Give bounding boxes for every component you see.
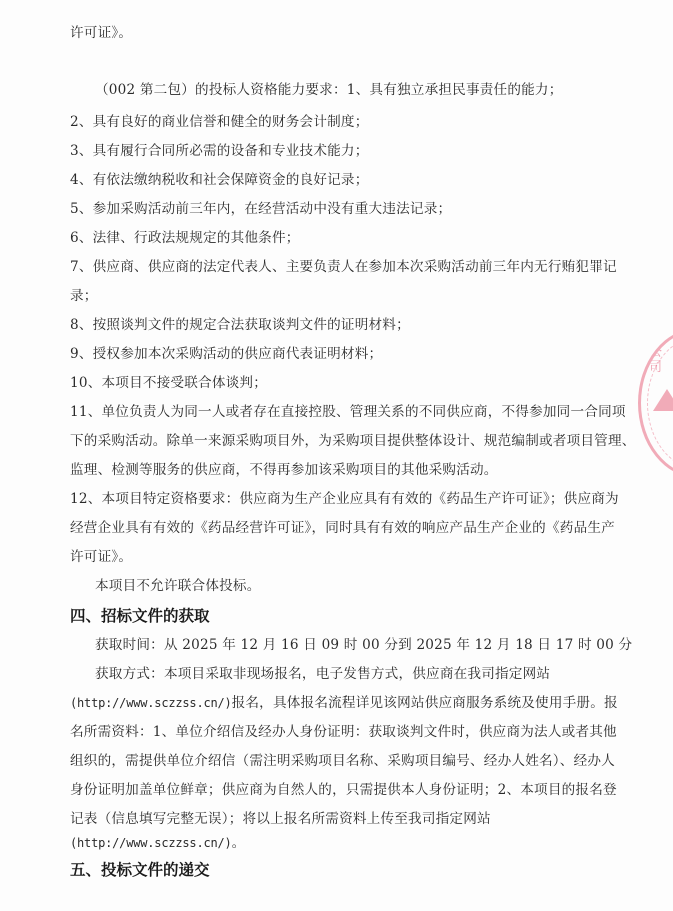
qualification-item-11: 11、单位负责人为同一人或者存在直接控股、管理关系的不同供应商，不得参加同一合同… xyxy=(70,403,626,421)
qualification-item-6: 6、法律、行政法规规定的其他条件； xyxy=(70,229,300,247)
qualification-item-11-cont: 监理、检测等服务的供应商，不得再参加该采购项目的其他采购活动。 xyxy=(70,461,498,479)
acquisition-method-cont: (http://www.sczzss.cn/)报名，具体报名流程详见该网站供应商… xyxy=(70,694,618,712)
acquisition-method-cont: 名所需资料：1、单位介绍信及经办人身份证明：获取谈判文件时，供应商为法人或者其他 xyxy=(70,723,617,741)
qualification-item-4: 4、有依法缴纳税收和社会保障资金的良好记录； xyxy=(70,171,369,189)
qualification-item-5: 5、参加采购活动前三年内，在经营活动中没有重大违法记录； xyxy=(70,200,451,218)
acquisition-time: 获取时间：从 2025 年 12 月 16 日 09 时 00 分到 2025 … xyxy=(95,636,632,654)
website-link[interactable]: (http://www.sczzss.cn/) xyxy=(70,836,232,850)
seal-text: 公司 xyxy=(649,345,669,375)
acquisition-method-cont: 身份证明加盖单位鲜章；供应商为自然人的，只需提供本人身份证明；2、本项目的报名登 xyxy=(70,781,617,799)
consortium-note: 本项目不允许联合体投标。 xyxy=(95,577,261,595)
qualification-item-7: 7、供应商、供应商的法定代表人、主要负责人在参加本次采购活动前三年内无行贿犯罪记 xyxy=(70,258,617,276)
acquisition-method-url-line: (http://www.sczzss.cn/)。 xyxy=(70,834,245,852)
paragraph-line: 许可证》。 xyxy=(70,24,132,42)
qualification-item-2: 2、具有良好的商业信誉和健全的财务会计制度； xyxy=(70,113,369,131)
qualification-item-8: 8、按照谈判文件的规定合法获取谈判文件的证明材料； xyxy=(70,316,410,334)
company-seal-stamp: 公司 xyxy=(638,328,673,478)
qualification-item-12: 12、本项目特定资格要求：供应商为生产企业应具有有效的《药品生产许可证》；供应商… xyxy=(70,490,619,508)
method-text: 报名，具体报名流程详见该网站供应商服务系统及使用手册。报 xyxy=(232,695,618,711)
qualification-item-12-cont: 许可证》。 xyxy=(70,548,132,566)
qualification-item-9: 9、授权参加本次采购活动的供应商代表证明材料； xyxy=(70,345,382,363)
qualification-item-3: 3、具有履行合同所必需的设备和专业技术能力； xyxy=(70,142,369,160)
section-heading-5: 五、投标文件的递交 xyxy=(70,858,210,880)
url-suffix: 。 xyxy=(232,835,246,851)
acquisition-method: 获取方式：本项目采取非现场报名，电子发售方式，供应商在我司指定网站 xyxy=(95,665,550,683)
section-heading-4: 四、招标文件的获取 xyxy=(70,604,210,626)
website-link[interactable]: (http://www.sczzss.cn/) xyxy=(70,696,232,710)
qualification-intro-line: （002 第二包）的投标人资格能力要求：1、具有独立承担民事责任的能力； xyxy=(95,81,563,99)
acquisition-method-cont: 记表（信息填写完整无误）；将以上报名所需资料上传至我司指定网站 xyxy=(70,810,491,828)
seal-star-icon xyxy=(653,389,673,411)
acquisition-method-cont: 组织的，需提供单位介绍信（需注明采购项目名称、采购项目编号、经办人姓名）、经办人 xyxy=(70,752,615,770)
qualification-item-10: 10、本项目不接受联合体谈判； xyxy=(70,374,267,392)
qualification-item-11-cont: 下的采购活动。除单一来源采购项目外，为采购项目提供整体设计、规范编制或者项目管理… xyxy=(70,432,636,450)
qualification-item-12-cont: 经营企业具有有效的《药品经营许可证》，同时具有有效的响应产品生产企业的《药品生产 xyxy=(70,519,615,537)
document-page: 许可证》。 （002 第二包）的投标人资格能力要求：1、具有独立承担民事责任的能… xyxy=(0,0,673,911)
qualification-item-7-cont: 录； xyxy=(70,287,98,305)
